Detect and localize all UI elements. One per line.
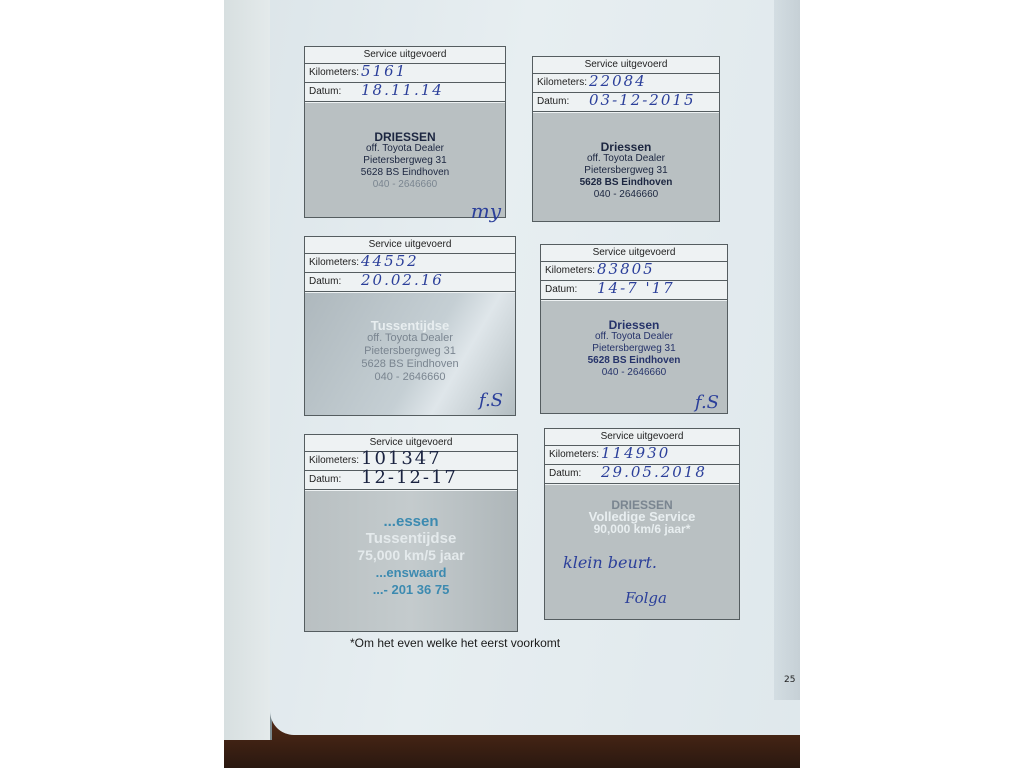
dealer-stamp: DRIESSEN off. Toyota Dealer Pietersbergw… [305, 131, 505, 191]
km-value: 5161 [361, 62, 407, 80]
stamp-area: ...essen Tussentijdse 75,000 km/5 jaar .… [305, 491, 517, 631]
date-label: Datum: [545, 284, 577, 295]
service-card-6: Service uitgevoerd Kilometers:114930 Dat… [544, 428, 740, 620]
km-value: 44552 [361, 252, 419, 270]
stamp-line: 5628 BS Eindhoven [533, 177, 719, 189]
km-value: 22084 [589, 72, 647, 90]
date-value: 03-12-2015 [589, 91, 695, 109]
date-row: Datum:14-7 '17 [541, 281, 727, 300]
date-row: Datum:29.05.2018 [545, 465, 739, 484]
printed-overlay: Tussentijdse [305, 530, 517, 547]
service-card-1: Service uitgevoerd Kilometers:5161 Datum… [304, 46, 506, 218]
date-label: Datum: [537, 96, 569, 107]
km-label: Kilometers: [537, 77, 587, 88]
date-row: Datum:03-12-2015 [533, 93, 719, 112]
page-number: 25 [784, 675, 795, 685]
stamp-line: 040 - 2646660 [305, 179, 505, 191]
stamp-area: Driessen off. Toyota Dealer Pietersbergw… [541, 301, 727, 413]
stamp-line: 040 - 2646660 [541, 367, 727, 379]
signature: f.S [695, 392, 719, 413]
footnote: *Om het even welke het eerst voorkomt [350, 636, 560, 650]
date-label: Datum: [309, 86, 341, 97]
stamp-line: Pietersbergweg 31 [305, 345, 515, 358]
stamp-line: 040 - 2646660 [533, 189, 719, 201]
stamp-area: Tussentijdse off. Toyota Dealer Pietersb… [305, 293, 515, 415]
stamp-line: Pietersbergweg 31 [541, 343, 727, 355]
km-label: Kilometers: [549, 449, 599, 460]
km-value: 114930 [601, 444, 670, 462]
stamp-line: 5628 BS Eindhoven [305, 167, 505, 179]
stamp-line: ...enswaard [305, 564, 517, 581]
dealer-stamp: ...essen Tussentijdse 75,000 km/5 jaar .… [305, 513, 517, 598]
km-label: Kilometers: [545, 265, 595, 276]
stamp-line: ...essen [305, 513, 517, 530]
page-edge [774, 0, 800, 700]
booklet-page: Service uitgevoerd Kilometers:5161 Datum… [270, 0, 800, 735]
stamp-line: Driessen [541, 319, 727, 331]
signature: Folga [625, 589, 667, 607]
date-label: Datum: [309, 276, 341, 287]
service-card-2: Service uitgevoerd Kilometers:22084 Datu… [532, 56, 720, 222]
handwritten-note: klein beurt. [563, 553, 657, 572]
stamp-line: DRIESSEN [305, 131, 505, 143]
stamp-line: ...- 201 36 75 [305, 581, 517, 598]
printed-overlay: 90,000 km/6 jaar* [545, 523, 739, 535]
km-label: Kilometers: [309, 67, 359, 78]
stamp-line: 040 - 2646660 [305, 371, 515, 384]
stamp-line: off. Toyota Dealer [305, 332, 515, 345]
signature: my [471, 199, 501, 223]
date-value: 18.11.14 [361, 81, 444, 99]
stamp-area: Driessen off. Toyota Dealer Pietersbergw… [533, 113, 719, 221]
stamp-line: off. Toyota Dealer [305, 143, 505, 155]
km-label: Kilometers: [309, 257, 359, 268]
service-booklet-photo: Service uitgevoerd Kilometers:5161 Datum… [224, 0, 800, 768]
printed-overlay: 75,000 km/5 jaar [305, 547, 517, 564]
date-label: Datum: [549, 468, 581, 479]
stamp-area: DRIESSEN off. Toyota Dealer Pietersbergw… [305, 103, 505, 217]
stamp-line: off. Toyota Dealer [533, 153, 719, 165]
stamp-area: DRIESSEN Volledige Service 90,000 km/6 j… [545, 485, 739, 619]
date-row: Datum:20.02.16 [305, 273, 515, 292]
date-value: 14-7 '17 [597, 279, 675, 297]
signature: f.S [479, 390, 503, 411]
service-card-5: Service uitgevoerd Kilometers:101347 Dat… [304, 434, 518, 632]
stamp-line: 5628 BS Eindhoven [305, 358, 515, 371]
stamp-line: Pietersbergweg 31 [533, 165, 719, 177]
stamp-line: Driessen [533, 141, 719, 153]
dealer-stamp: Driessen off. Toyota Dealer Pietersbergw… [533, 141, 719, 201]
date-row: Datum:12-12-17 [305, 471, 517, 490]
date-row: Datum:18.11.14 [305, 83, 505, 102]
date-label: Datum: [309, 474, 341, 485]
stamp-line: off. Toyota Dealer [541, 331, 727, 343]
date-value: 29.05.2018 [601, 463, 707, 481]
dealer-stamp: DRIESSEN Volledige Service 90,000 km/6 j… [545, 499, 739, 535]
printed-overlay: Tussentijdse [305, 319, 515, 332]
stamp-line: Pietersbergweg 31 [305, 155, 505, 167]
dealer-stamp: Driessen off. Toyota Dealer Pietersbergw… [541, 319, 727, 379]
km-value: 101347 [361, 450, 442, 468]
stamp-line: 5628 BS Eindhoven [541, 355, 727, 367]
date-value: 12-12-17 [361, 469, 458, 487]
km-label: Kilometers: [309, 455, 359, 466]
date-value: 20.02.16 [361, 271, 444, 289]
service-card-3: Service uitgevoerd Kilometers:44552 Datu… [304, 236, 516, 416]
service-card-4: Service uitgevoerd Kilometers:83805 Datu… [540, 244, 728, 414]
previous-page-edge [224, 0, 272, 740]
km-value: 83805 [597, 260, 655, 278]
dealer-stamp: Tussentijdse off. Toyota Dealer Pietersb… [305, 319, 515, 384]
